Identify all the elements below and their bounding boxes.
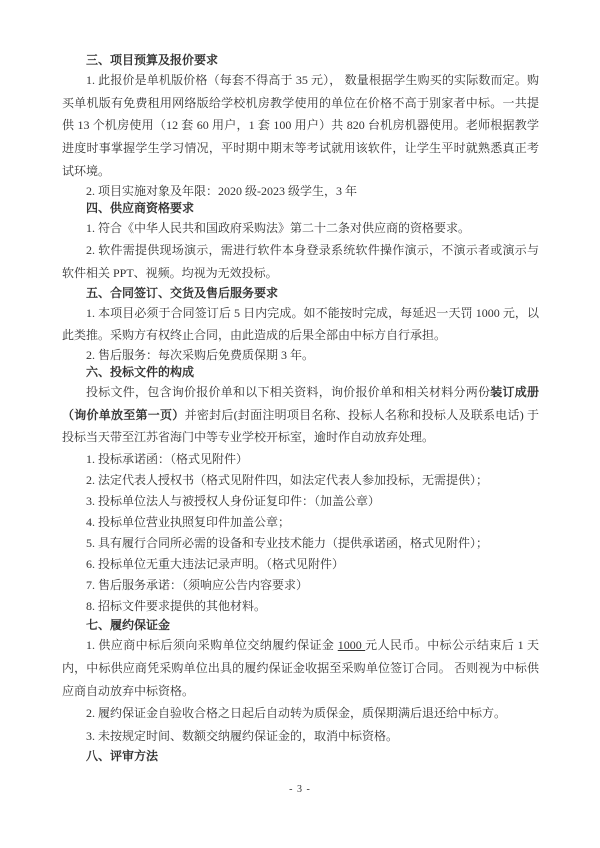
section-7-item-3: 3. 未按规定时间、数额交纳履约保证金的，取消中标资格。: [62, 725, 539, 748]
text-segment: 3. 投标单位法人与被授权人身份证复印件：（加盖公章）: [86, 494, 380, 508]
section-7-heading: 七、履约保证金: [62, 617, 539, 634]
section-3-heading: 三、项目预算及报价要求: [62, 52, 539, 69]
text-segment: 五、合同签订、交货及售后服务要求: [86, 286, 278, 300]
text-segment: 4. 投标单位营业执照复印件加盖公章；: [86, 515, 290, 529]
text-segment: 1. 本项目必须于合同签订后 5 日内完成。如不能按时完成，每延迟一天罚 100…: [62, 306, 539, 343]
text-segment: 7. 售后服务承诺：（须响应公告内容要求）: [86, 578, 308, 592]
document-page: 三、项目预算及报价要求1. 此报价是单机版价格（每套不得高于 35 元）， 数量…: [0, 0, 600, 848]
text-segment: 2. 售后服务：每次采购后免费质保期 3 年。: [86, 348, 314, 362]
text-segment: 1. 符合《中华人民共和国政府采购法》第二十二条对供应商的资格要求。: [86, 221, 470, 235]
section-6-item-7: 7. 售后服务承诺：（须响应公告内容要求）: [62, 575, 539, 596]
text-segment: 5. 具有履行合同所必需的设备和专业技术能力（提供承诺函，格式见附件）；: [86, 536, 488, 550]
section-6-heading: 六、投标文件的构成: [62, 364, 539, 381]
section-7-item-1: 1. 供应商中标后须向采购单位交纳履约保证金 1000 元人民币。中标公示结束后…: [62, 634, 539, 702]
section-6-item-5: 5. 具有履行合同所必需的设备和专业技术能力（提供承诺函，格式见附件）；: [62, 533, 539, 554]
section-3-item-1: 1. 此报价是单机版价格（每套不得高于 35 元）， 数量根据学生购买的实际数而…: [62, 69, 539, 183]
section-6-intro: 投标文件，包含询价报价单和以下相关资料，询价报价单和相关材料分两份装订成册（询价…: [62, 381, 539, 449]
text-segment: 2. 软件需提供现场演示，需进行软件本身登录系统软件操作演示，不演示者或演示与软…: [62, 243, 539, 280]
text-segment: 1. 供应商中标后须向采购单位交纳履约保证金: [86, 638, 338, 652]
text-segment: 6. 投标单位无重大违法记录声明。（格式见附件）: [86, 557, 344, 571]
underlined-text: 1000: [338, 638, 365, 652]
text-segment: 8. 招标文件要求提供的其他材料。: [86, 599, 266, 613]
page-number: - 3 -: [0, 784, 600, 795]
text-segment: 2. 项目实施对象及年限：2020 级-2023 级学生，3 年: [86, 184, 357, 198]
section-6-item-2: 2. 法定代表人授权书（格式见附件四，如法定代表人参加投标，无需提供）；: [62, 470, 539, 491]
section-6-item-1: 1. 投标承诺函：（格式见附件）: [62, 449, 539, 470]
section-3-item-2: 2. 项目实施对象及年限：2020 级-2023 级学生，3 年: [62, 183, 539, 200]
text-segment: 1. 此报价是单机版价格（每套不得高于 35 元）， 数量根据学生购买的实际数而…: [62, 73, 539, 178]
text-segment: 七、履约保证金: [86, 618, 170, 632]
section-8-heading: 八、评审方法: [62, 748, 539, 765]
section-6-item-3: 3. 投标单位法人与被授权人身份证复印件：（加盖公章）: [62, 491, 539, 512]
text-segment: 3. 未按规定时间、数额交纳履约保证金的，取消中标资格。: [86, 729, 398, 743]
section-6-item-8: 8. 招标文件要求提供的其他材料。: [62, 596, 539, 617]
section-4-item-2: 2. 软件需提供现场演示，需进行软件本身登录系统软件操作演示，不演示者或演示与软…: [62, 239, 539, 284]
section-5-item-1: 1. 本项目必须于合同签订后 5 日内完成。如不能按时完成，每延迟一天罚 100…: [62, 302, 539, 347]
section-6-item-4: 4. 投标单位营业执照复印件加盖公章；: [62, 512, 539, 533]
section-4-item-1: 1. 符合《中华人民共和国政府采购法》第二十二条对供应商的资格要求。: [62, 217, 539, 240]
text-segment: 投标文件，包含询价报价单和以下相关资料，询价报价单和相关材料分两份: [86, 385, 490, 399]
section-4-heading: 四、供应商资格要求: [62, 200, 539, 217]
section-6-item-6: 6. 投标单位无重大违法记录声明。（格式见附件）: [62, 554, 539, 575]
text-segment: 八、评审方法: [86, 749, 158, 763]
text-segment: 三、项目预算及报价要求: [86, 53, 218, 67]
section-7-item-2: 2. 履约保证金自验收合格之日起后自动转为质保金，质保期满后退还给中标方。: [62, 702, 539, 725]
section-5-heading: 五、合同签订、交货及售后服务要求: [62, 285, 539, 302]
text-segment: 1. 投标承诺函：（格式见附件）: [86, 452, 248, 466]
text-segment: 六、投标文件的构成: [86, 365, 194, 379]
text-segment: 四、供应商资格要求: [86, 201, 194, 215]
document-body: 三、项目预算及报价要求1. 此报价是单机版价格（每套不得高于 35 元）， 数量…: [62, 52, 539, 765]
text-segment: 2. 履约保证金自验收合格之日起后自动转为质保金，质保期满后退还给中标方。: [86, 706, 506, 720]
text-segment: 2. 法定代表人授权书（格式见附件四，如法定代表人参加投标，无需提供）；: [86, 473, 488, 487]
section-5-item-2: 2. 售后服务：每次采购后免费质保期 3 年。: [62, 347, 539, 364]
